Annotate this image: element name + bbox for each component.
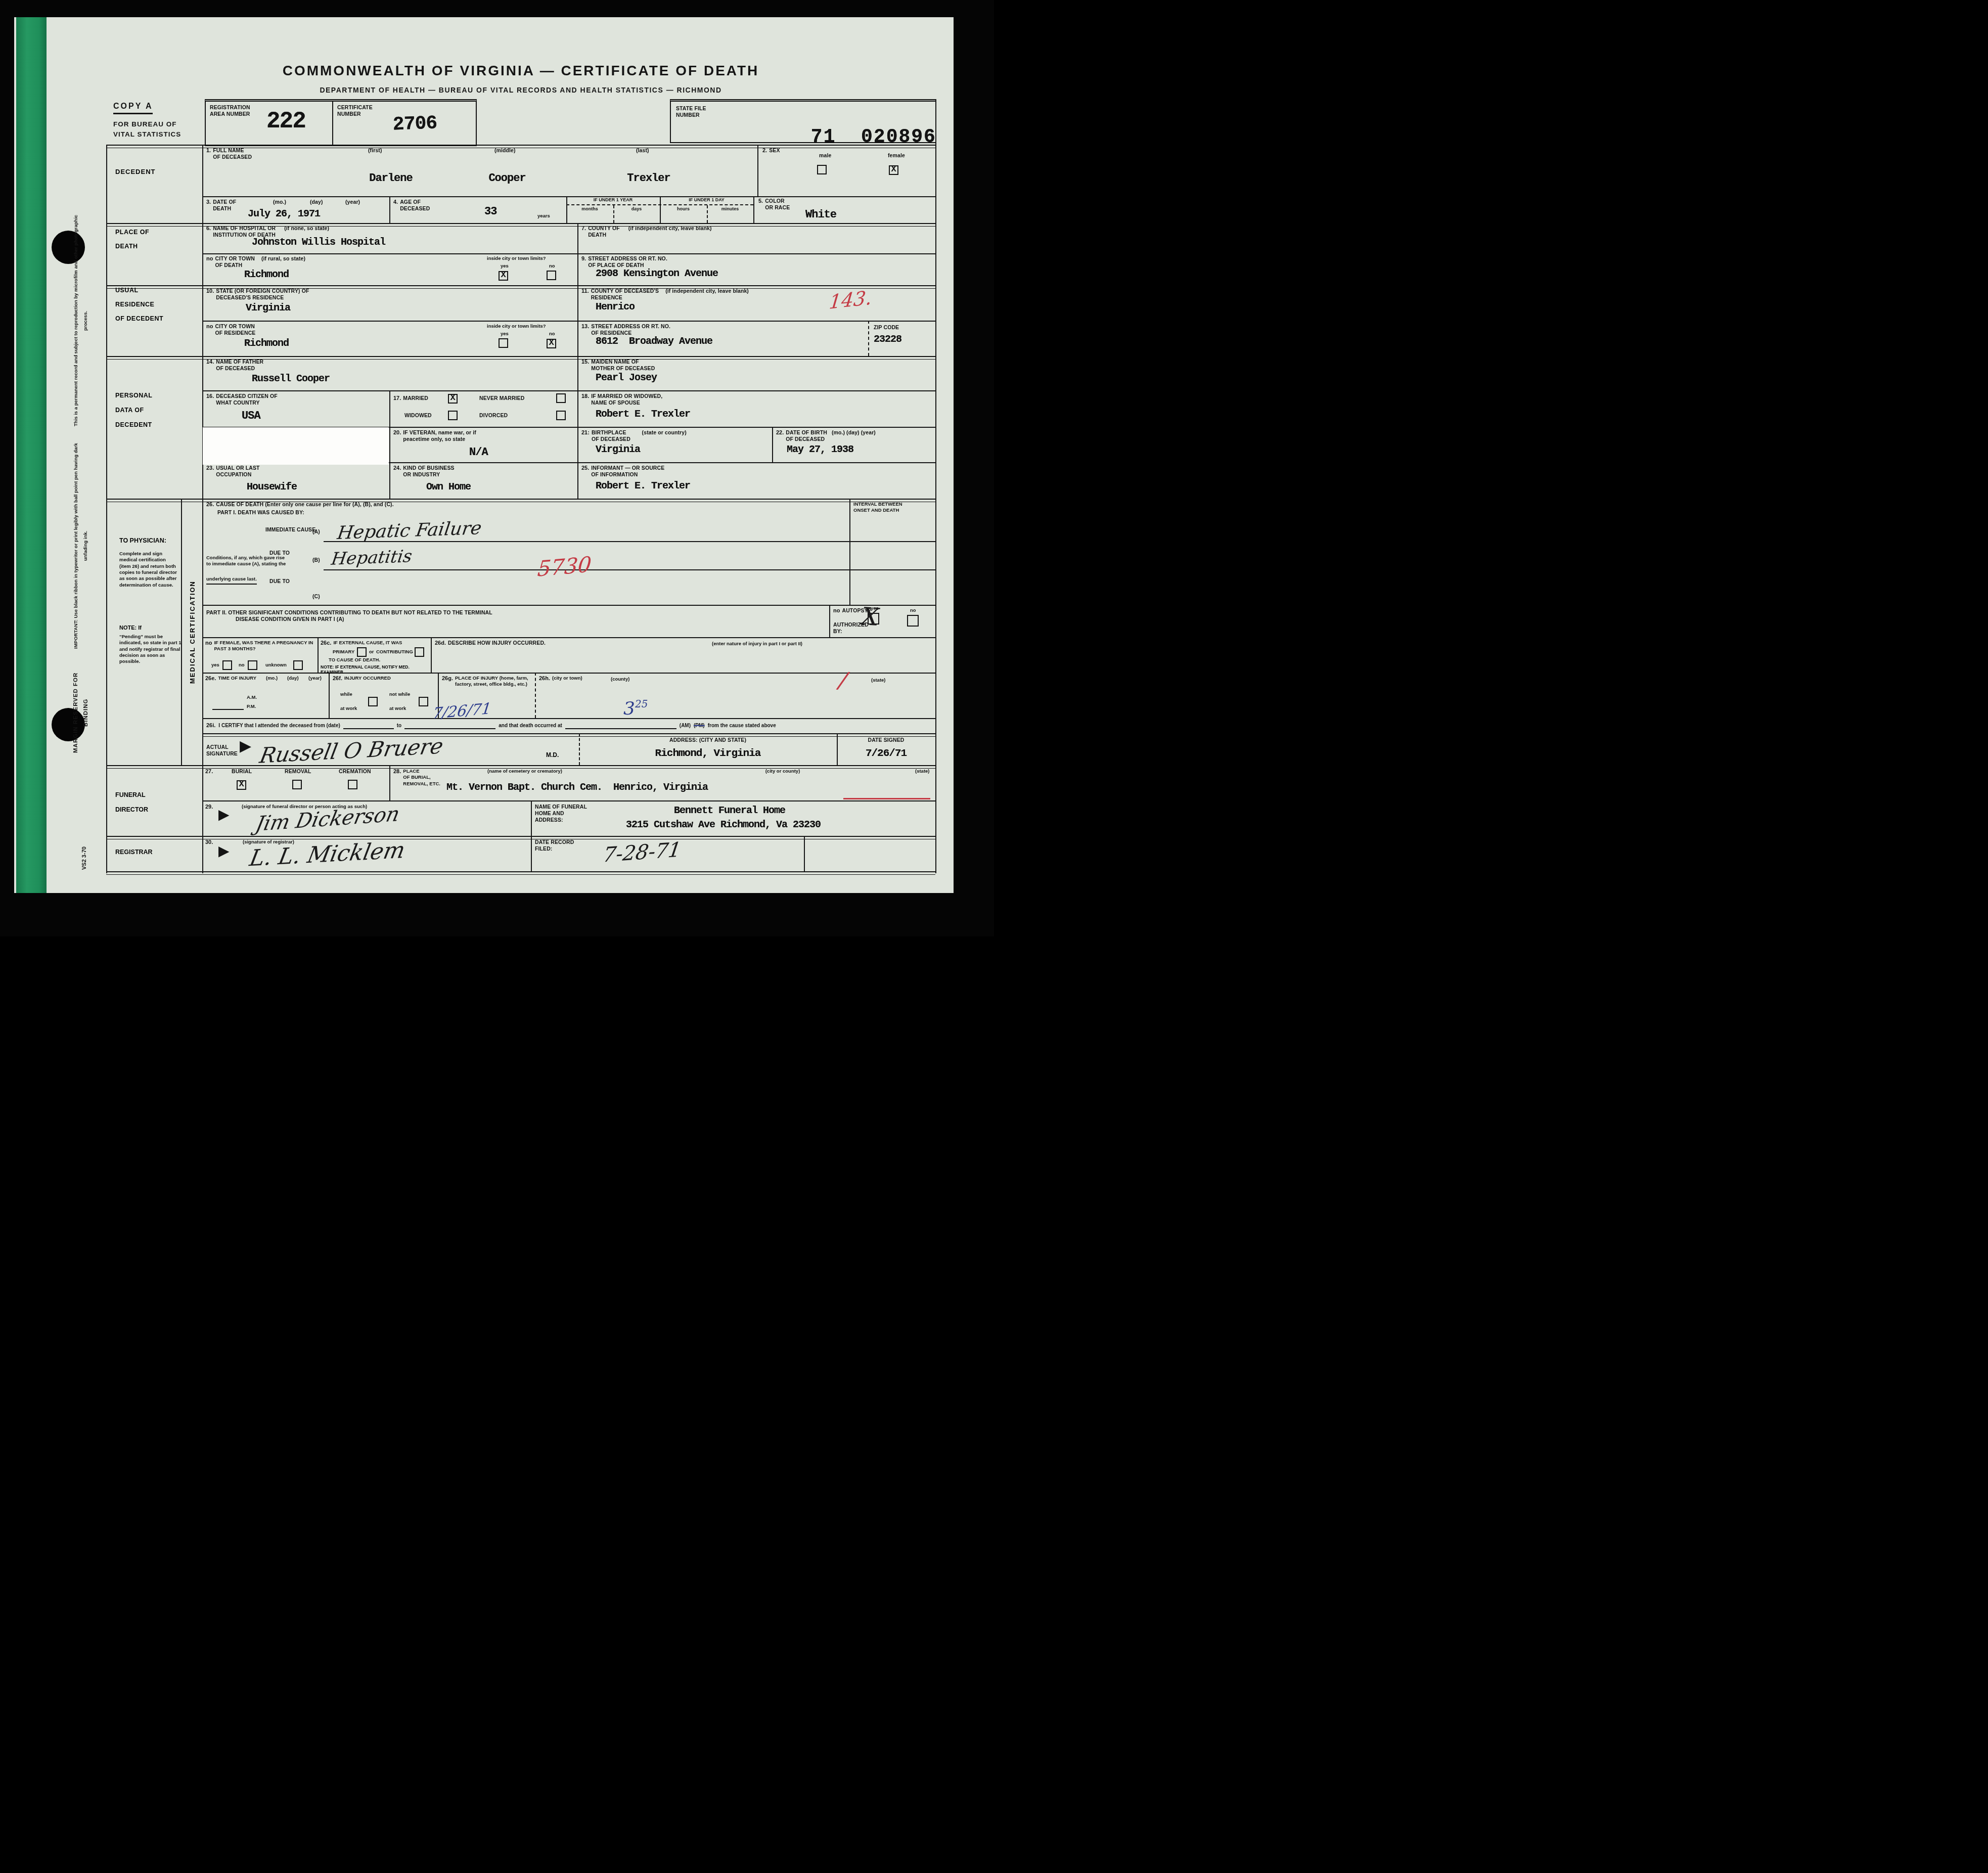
divider bbox=[329, 673, 330, 718]
certify-to: to bbox=[397, 723, 401, 729]
divider bbox=[535, 673, 536, 718]
signature-arrow-icon: ▶ bbox=[240, 737, 251, 755]
divider bbox=[106, 765, 935, 769]
line-b-label: (B) bbox=[312, 557, 320, 564]
registration-area-value: 222 bbox=[266, 110, 305, 133]
divider bbox=[577, 285, 578, 356]
copy-for-line1: FOR BUREAU OF bbox=[113, 120, 177, 128]
checkbox bbox=[415, 647, 424, 657]
lbl: REMOVAL, ETC. bbox=[403, 781, 440, 787]
limits-yes-label-1: yes bbox=[501, 263, 509, 270]
lbl: IF MARRIED OR WIDOWED, bbox=[591, 393, 662, 399]
state-residence-value: Virginia bbox=[246, 303, 290, 314]
field-26-label: 26. CAUSE OF DEATH (Enter only one cause… bbox=[206, 502, 394, 508]
pregnancy-no-checkbox bbox=[248, 660, 257, 673]
never-married-label: NEVER MARRIED bbox=[479, 395, 524, 402]
lbl: BY: bbox=[833, 629, 842, 635]
lbl: FILED: bbox=[535, 846, 552, 852]
field-12-label: no CITY OR TOWNOF RESIDENCE bbox=[206, 324, 255, 337]
time-blank bbox=[212, 709, 244, 710]
lbl: BIRTHPLACE bbox=[592, 430, 626, 436]
lbl: INTERVAL BETWEEN bbox=[853, 502, 902, 507]
divider bbox=[202, 637, 935, 638]
conditions-note-underlined: underlying cause last. bbox=[206, 576, 257, 585]
field-3-label: 3. DATE OFDEATH bbox=[206, 199, 236, 212]
limits-no-checkbox-2: X bbox=[547, 338, 556, 348]
field-30-number: 30. bbox=[205, 839, 213, 845]
not-while-label: not while bbox=[389, 692, 410, 698]
occupation-value: Housewife bbox=[247, 482, 297, 493]
external-cause-note: NOTE: IF EXTERNAL CAUSE, NOTIFY MED. EXA… bbox=[321, 664, 430, 675]
street-residence-value: 8612 Broadway Avenue bbox=[596, 337, 712, 347]
certify-text-1: I CERTIFY that I attended the deceased f… bbox=[218, 723, 340, 729]
am-label: A.M. bbox=[247, 695, 257, 701]
lbl: OR RACE bbox=[765, 205, 790, 211]
section-registrar: REGISTRAR bbox=[115, 849, 153, 856]
certificate-number-label: CERTIFICATE NUMBER bbox=[337, 105, 373, 118]
divider bbox=[577, 356, 578, 390]
field-27-number: 27. bbox=[205, 769, 213, 775]
pregnancy-unknown-label: unknown bbox=[265, 662, 287, 668]
lbl: RESIDENCE bbox=[115, 301, 154, 308]
checkbox bbox=[499, 338, 508, 348]
margin-permanent-note: This is a permanent record and subject t… bbox=[71, 209, 91, 432]
lbl: STREET ADDRESS OR RT. NO. bbox=[591, 324, 670, 330]
date-record-filed-label: DATE RECORDFILED: bbox=[535, 839, 574, 853]
lbl: NUMBER bbox=[337, 111, 361, 117]
married-checkbox: X bbox=[448, 393, 458, 404]
divorced-label: DIVORCED bbox=[479, 413, 508, 419]
limits-question-2: inside city or town limits? bbox=[487, 324, 546, 330]
cause-head: CAUSE OF DEATH (Enter only one cause per… bbox=[216, 502, 393, 508]
field-number: 26. bbox=[206, 502, 214, 508]
age-value: 33 bbox=[484, 206, 496, 217]
field-22-label: 22. DATE OF BIRTH (mo.) (day) (year)OF D… bbox=[776, 430, 876, 443]
section-medical-certification: MEDICAL CERTIFICATION bbox=[182, 499, 202, 765]
lbl: DECEASED bbox=[400, 206, 430, 212]
lbl: NUMBER bbox=[676, 112, 700, 118]
checkbox: X bbox=[237, 780, 246, 790]
middle-name-value: Cooper bbox=[488, 173, 525, 184]
lbl: OF RESIDENCE bbox=[215, 330, 255, 336]
last-name-header: (last) bbox=[636, 148, 649, 154]
sex-female-label: female bbox=[888, 153, 905, 159]
lbl: OF DECEASED bbox=[213, 154, 252, 160]
divider bbox=[106, 145, 107, 873]
registration-box: REGISTRATION AREA NUMBER 222 CERTIFICATE… bbox=[205, 99, 477, 146]
hours-label: hours bbox=[660, 206, 707, 212]
zip-code-label: ZIP CODE bbox=[874, 325, 899, 331]
physician-signature: Russell O Bruere bbox=[258, 735, 445, 766]
lbl: STATE (OR FOREIGN COUNTRY) OF bbox=[216, 288, 309, 294]
spouse-name-value: Robert E. Trexler bbox=[596, 410, 690, 420]
lbl: OR INDUSTRY bbox=[403, 472, 440, 478]
section-funeral-director: FUNERALDIRECTOR bbox=[115, 788, 148, 817]
field-number: 15. bbox=[581, 359, 589, 365]
injury-day-header: (day) bbox=[287, 676, 299, 682]
to-physician-body: Complete and sign medical certification … bbox=[119, 551, 178, 589]
lbl: CERTIFICATE bbox=[337, 105, 373, 111]
county-residence-value: Henrico bbox=[596, 302, 635, 313]
if-under-1-day-header: IF UNDER 1 DAY bbox=[660, 197, 753, 203]
binding-margin-text: MARGIN RESERVED FOR BINDING IMPORTANT: U… bbox=[65, 209, 97, 766]
field-number: 6. bbox=[206, 226, 211, 232]
field-26c-label: 26c. IF EXTERNAL CAUSE, IT WAS bbox=[321, 640, 429, 646]
if-under-1-year-header: IF UNDER 1 YEAR bbox=[566, 197, 660, 203]
removal-label: REMOVAL bbox=[285, 769, 311, 775]
field-number: 9. bbox=[581, 256, 586, 262]
funeral-home-name-value: Bennett Funeral Home bbox=[674, 806, 785, 816]
lbl: SIGNATURE bbox=[206, 751, 238, 757]
city-or-town-header: (city or town) bbox=[552, 676, 582, 682]
divider bbox=[849, 499, 850, 605]
margin-important-note: IMPORTANT: Use black ribbon in typewrite… bbox=[71, 432, 91, 659]
field-number: 26i. bbox=[206, 723, 215, 729]
divider bbox=[389, 196, 390, 223]
field-number: 26d. bbox=[435, 640, 446, 646]
lbl: MOTHER OF DECEASED bbox=[591, 366, 655, 372]
page-subtitle: DEPARTMENT OF HEALTH — BUREAU OF VITAL R… bbox=[106, 86, 935, 94]
never-married-checkbox bbox=[556, 393, 566, 406]
minutes-label: minutes bbox=[707, 206, 753, 212]
burial-label: BURIAL bbox=[232, 769, 252, 775]
lbl: DATA OF bbox=[115, 407, 144, 414]
lbl: DISEASE CONDITION GIVEN IN PART I (A) bbox=[236, 616, 344, 622]
lbl: OF PLACE OF DEATH bbox=[588, 262, 644, 269]
lbl: (mo.) (day) (year) bbox=[832, 430, 876, 436]
lbl: (if independent city, leave blank) bbox=[665, 288, 749, 294]
citizen-value: USA bbox=[242, 411, 260, 422]
date-signed-label: DATE SIGNED bbox=[837, 737, 935, 744]
divider bbox=[202, 145, 203, 873]
field-number: 10. bbox=[206, 288, 214, 294]
divider bbox=[106, 871, 935, 875]
field-14-label: 14. NAME OF FATHEROF DECEASED bbox=[206, 359, 263, 372]
divider bbox=[772, 427, 773, 462]
field-number: no bbox=[206, 324, 213, 330]
field-23-label: 23. USUAL OR LASTOCCUPATION bbox=[206, 465, 260, 478]
autopsy-no-label: no bbox=[910, 608, 916, 614]
checkbox bbox=[292, 780, 302, 789]
field-26g-label: 26g. PLACE OF INJURY (home, farm,factory… bbox=[442, 676, 533, 688]
address-value: Richmond, Virginia bbox=[579, 748, 837, 759]
while-label: while bbox=[340, 692, 352, 698]
lbl: REGISTRATION bbox=[210, 105, 250, 111]
lbl: OF BURIAL, bbox=[403, 775, 430, 780]
divorced-checkbox bbox=[556, 411, 566, 423]
line-a-rule bbox=[324, 541, 935, 542]
lbl: KIND OF BUSINESS bbox=[403, 465, 454, 471]
limits-yes-label-2: yes bbox=[501, 331, 509, 337]
birthplace-value: Virginia bbox=[596, 445, 640, 455]
checkbox: X bbox=[448, 394, 458, 404]
field-26d-label: 26d. DESCRIBE HOW INJURY OCCURRED. bbox=[435, 640, 546, 647]
divider bbox=[431, 637, 432, 673]
divider bbox=[106, 836, 935, 839]
business-value: Own Home bbox=[426, 482, 471, 493]
field-number: 2. bbox=[762, 148, 767, 154]
lbl: AGE OF bbox=[400, 199, 421, 205]
field-number: no bbox=[205, 640, 212, 646]
interval-label: INTERVAL BETWEENONSET AND DEATH bbox=[853, 502, 933, 514]
section-place-of-death: PLACE OFDEATH bbox=[115, 226, 149, 253]
page-title: COMMONWEALTH OF VIRGINIA — CERTIFICATE O… bbox=[106, 63, 935, 79]
lbl: CITY OR TOWN bbox=[215, 256, 254, 262]
last-name-value: Trexler bbox=[627, 173, 670, 184]
field-20-label: 20. IF VETERAN, name war, or ifpeacetime… bbox=[393, 430, 476, 443]
field-21-label: 21: BIRTHPLACE (state or country)OF DECE… bbox=[581, 430, 687, 443]
field-number: 23. bbox=[206, 465, 214, 471]
field-29-number: 29. bbox=[205, 804, 213, 810]
contributing-label: CONTRIBUTING bbox=[376, 649, 413, 655]
field-26b-label: no IF FEMALE, WAS THERE A PREGNANCY INPA… bbox=[205, 640, 315, 653]
field-number: 24. bbox=[393, 465, 401, 471]
margin-binding-label: MARGIN RESERVED FOR BINDING bbox=[71, 659, 91, 766]
limits-yes-checkbox-1: X bbox=[499, 271, 508, 281]
checkbox: X bbox=[499, 271, 508, 281]
field-number: 5. bbox=[758, 198, 763, 204]
days-label: days bbox=[613, 206, 660, 212]
lbl: ADDRESS: bbox=[535, 817, 563, 823]
limits-no-checkbox-1 bbox=[547, 271, 556, 283]
field-number: 22. bbox=[776, 430, 784, 436]
lbl: DEATH bbox=[115, 243, 138, 250]
divider bbox=[566, 204, 753, 205]
lbl: FUNERAL bbox=[115, 791, 146, 798]
lbl: CITY OR TOWN bbox=[215, 324, 254, 330]
field-number: 7. bbox=[581, 226, 586, 232]
time-hour: 3 bbox=[623, 698, 635, 719]
field-26e-label: 26e. TIME OF INJURY bbox=[205, 676, 256, 682]
due-to-label-2: DUE TO bbox=[269, 578, 290, 585]
divider bbox=[202, 605, 935, 606]
blank-line bbox=[404, 722, 495, 729]
lbl: INJURY OCCURRED bbox=[344, 676, 391, 682]
divider bbox=[202, 321, 935, 322]
city-residence-value: Richmond bbox=[244, 339, 289, 349]
age-unit-label: years bbox=[537, 213, 550, 219]
lbl: OF DECEASED bbox=[592, 436, 630, 442]
lbl: FULL NAME bbox=[213, 148, 244, 154]
lbl: OF DECEASED bbox=[216, 366, 255, 372]
pregnancy-no-label: no bbox=[239, 662, 245, 668]
checkbox bbox=[556, 411, 566, 420]
pm-option-struck: (PM) bbox=[694, 723, 705, 729]
checkbox: X bbox=[547, 339, 556, 348]
field-number: 26c. bbox=[321, 640, 331, 646]
veteran-value: N/A bbox=[469, 447, 488, 458]
lbl: DEATH bbox=[213, 206, 231, 212]
lbl: INFORMANT — OR SOURCE bbox=[591, 465, 664, 471]
lbl: MAIDEN NAME OF bbox=[591, 359, 639, 365]
blank-line bbox=[343, 722, 394, 729]
checkbox bbox=[293, 660, 303, 670]
date-year-header: (year) bbox=[345, 199, 360, 206]
blank-line bbox=[565, 722, 676, 729]
informant-value: Robert E. Trexler bbox=[596, 481, 690, 492]
checkbox bbox=[419, 697, 428, 706]
red-underline-mark bbox=[843, 798, 930, 799]
state-file-box: STATE FILE NUMBER 71 020896 bbox=[670, 99, 935, 143]
street-of-death-value: 2908 Kensington Avenue bbox=[596, 269, 718, 279]
funeral-home-address-value: 3215 Cutshaw Ave Richmond, Va 23230 bbox=[626, 820, 821, 830]
field-number: 28. bbox=[393, 769, 401, 775]
am-option: (AM) bbox=[680, 723, 691, 729]
certify-line: 26i. I CERTIFY that I attended the decea… bbox=[202, 718, 939, 733]
lbl: (state or country) bbox=[642, 430, 687, 436]
field-number: 20. bbox=[393, 430, 401, 436]
lbl: (if rural, so state) bbox=[261, 256, 305, 262]
middle-name-header: (middle) bbox=[494, 148, 516, 154]
lbl: STATE FILE bbox=[676, 106, 706, 112]
lbl: NAME OF FUNERAL bbox=[535, 804, 587, 810]
autopsy-no-checkbox bbox=[907, 615, 919, 629]
hospital-value: Johnston Willis Hospital bbox=[252, 238, 385, 248]
lbl: COUNTY OF bbox=[588, 226, 620, 232]
field-26h-label: 26h. (city or town) bbox=[539, 676, 582, 682]
mother-maiden-name-value: Pearl Josey bbox=[596, 373, 657, 383]
widowed-checkbox bbox=[448, 411, 458, 423]
lbl: (if none, so state) bbox=[284, 226, 329, 232]
lbl: ACTUAL bbox=[206, 744, 229, 750]
field-number: 26f. bbox=[333, 676, 342, 682]
field-28-label: 28. PLACEOF BURIAL,REMOVAL, ETC. bbox=[393, 769, 440, 787]
cause-b-value: Hepatitis bbox=[330, 548, 413, 568]
field-number: 4. bbox=[393, 199, 398, 205]
field-10-label: 10. STATE (OR FOREIGN COUNTRY) OFDECEASE… bbox=[206, 288, 309, 301]
limits-no-label-1: no bbox=[549, 263, 555, 270]
lbl: DIRECTOR bbox=[115, 806, 148, 813]
field-number: 18. bbox=[581, 393, 589, 399]
checkbox bbox=[907, 615, 919, 627]
actual-signature-label: ACTUALSIGNATURE bbox=[206, 744, 238, 757]
pregnancy-unknown-checkbox bbox=[293, 660, 303, 673]
date-record-filed-value: 7-28-71 bbox=[602, 839, 683, 865]
lbl: OCCUPATION bbox=[216, 472, 251, 478]
to-physician-title: TO PHYSICIAN: bbox=[119, 537, 166, 544]
section-decedent: DECEDENT bbox=[115, 168, 156, 175]
death-certificate-scan: MARGIN RESERVED FOR BINDING IMPORTANT: U… bbox=[0, 0, 994, 937]
lbl: DECEASED'S RESIDENCE bbox=[216, 295, 284, 301]
divider bbox=[389, 390, 390, 462]
divider bbox=[577, 390, 578, 462]
while-at-work-checkbox bbox=[368, 697, 378, 709]
field-25-label: 25. INFORMANT — OR SOURCEOF INFORMATION bbox=[581, 465, 664, 478]
first-name-value: Darlene bbox=[369, 173, 412, 184]
divider bbox=[753, 196, 754, 223]
contributing-checkbox bbox=[415, 647, 424, 659]
signature-arrow-icon: ▶ bbox=[218, 806, 230, 823]
field-number: 16. bbox=[206, 393, 214, 399]
field-1-label: 1. FULL NAMEOF DECEASED bbox=[206, 148, 252, 161]
field-number: 26h. bbox=[539, 676, 550, 682]
certificate-paper: MARGIN RESERVED FOR BINDING IMPORTANT: U… bbox=[14, 17, 954, 893]
lbl: STREET ADDRESS OR RT. NO. bbox=[588, 256, 667, 262]
pending-note-body: “Pending” must be indicated, so state in… bbox=[119, 634, 182, 665]
lbl: IF FEMALE, WAS THERE A PREGNANCY IN bbox=[214, 640, 313, 646]
or-label: or bbox=[369, 649, 374, 655]
field-number: 14. bbox=[206, 359, 214, 365]
primary-label: PRIMARY bbox=[333, 649, 354, 655]
limits-no-label-2: no bbox=[549, 331, 555, 337]
lbl: DEATH bbox=[588, 232, 606, 238]
lbl: DATE OF BIRTH bbox=[786, 430, 827, 436]
lbl: OF INFORMATION bbox=[591, 472, 638, 478]
field-number: 13. bbox=[581, 324, 589, 330]
divider bbox=[202, 800, 935, 801]
state-red-mark: / bbox=[838, 668, 849, 692]
field-number: 3. bbox=[206, 199, 211, 205]
pregnancy-yes-checkbox bbox=[222, 660, 232, 673]
lbl: ONSET AND DEATH bbox=[853, 508, 899, 513]
field-number: no bbox=[833, 608, 840, 614]
divider bbox=[202, 390, 935, 391]
state-file-label: STATE FILE NUMBER bbox=[676, 106, 706, 119]
lbl: TIME OF INJURY bbox=[218, 676, 256, 682]
field-24-label: 24. KIND OF BUSINESSOR INDUSTRY bbox=[393, 465, 455, 478]
certificate-number-cell: CERTIFICATE NUMBER 2706 bbox=[333, 102, 476, 145]
conditions-note: Conditions, if any, which gave rise to i… bbox=[206, 555, 287, 568]
lbl: COLOR bbox=[765, 198, 784, 204]
to-cause-label: TO CAUSE OF DEATH. bbox=[329, 657, 380, 663]
divider bbox=[935, 99, 936, 873]
registration-area-cell: REGISTRATION AREA NUMBER 222 bbox=[206, 102, 333, 145]
time-minutes: 25 bbox=[635, 698, 648, 710]
lbl: DECEASED CITIZEN OF bbox=[216, 393, 278, 399]
pending-note-title: NOTE: If bbox=[119, 625, 142, 631]
checkbox bbox=[248, 660, 257, 670]
field-number: 1. bbox=[206, 148, 211, 154]
field-16-label: 16. DECEASED CITIZEN OFWHAT COUNTRY bbox=[206, 393, 278, 407]
lbl: PAST 3 MONTHS? bbox=[214, 646, 255, 652]
county-header: (county) bbox=[611, 677, 629, 683]
lbl: PERSONAL bbox=[115, 392, 152, 399]
divider bbox=[318, 637, 319, 673]
burial-checkbox: X bbox=[237, 780, 246, 790]
redaction-box bbox=[203, 427, 389, 465]
part1-label: PART I. DEATH WAS CAUSED BY: bbox=[217, 510, 304, 516]
city-county-header: (city or county) bbox=[732, 769, 833, 775]
certify-text-3: from the cause stated above bbox=[708, 723, 776, 729]
divider bbox=[202, 253, 935, 254]
cause-code-annotation: 5730 bbox=[536, 554, 592, 580]
lbl: PLACE OF INJURY (home, farm, bbox=[455, 676, 528, 681]
lbl: NAME OF HOSPITAL OR bbox=[213, 226, 276, 232]
lbl: AREA NUMBER bbox=[210, 111, 250, 117]
lbl: peacetime only, so state bbox=[403, 436, 465, 442]
field-number: 21: bbox=[581, 430, 590, 436]
father-name-value: Russell Cooper bbox=[252, 374, 330, 384]
limits-yes-checkbox-2 bbox=[499, 338, 508, 350]
zip-code-value: 23228 bbox=[874, 335, 901, 345]
removal-checkbox bbox=[292, 780, 302, 792]
date-of-death-value: July 26, 1971 bbox=[248, 209, 320, 219]
injury-year-header: (year) bbox=[308, 676, 322, 682]
field-11-label: 11. COUNTY OF DECEASED'S (if independent… bbox=[581, 288, 749, 301]
checkbox bbox=[817, 165, 827, 174]
not-while-at-work-checkbox bbox=[419, 697, 428, 709]
field-number: 26e. bbox=[205, 676, 216, 682]
city-of-death-value: Richmond bbox=[244, 270, 289, 280]
field-4-label: 4. AGE OFDECEASED bbox=[393, 199, 430, 212]
checkbox bbox=[222, 660, 232, 670]
divider bbox=[389, 765, 390, 800]
section-usual-residence: USUALRESIDENCEOF DECEDENT bbox=[115, 283, 163, 326]
lbl: factory, street, office bldg., etc.) bbox=[455, 682, 527, 687]
county-code-annotation: 143. bbox=[828, 288, 873, 311]
signature-arrow-icon: ▶ bbox=[218, 842, 230, 859]
registrar-signature: L. L. Micklem bbox=[248, 839, 407, 870]
